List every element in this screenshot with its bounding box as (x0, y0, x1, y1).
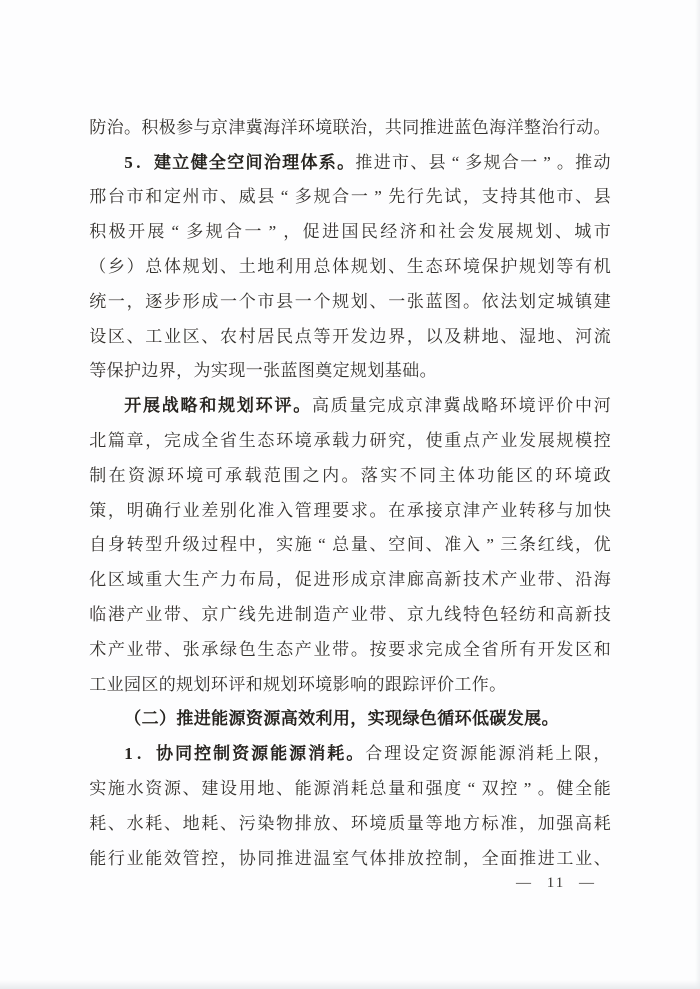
text-line: 化区域重大生产力布局，促进形成京津廊高新技术产业带、沿海 (89, 562, 611, 597)
text-line: 制在资源环境可承载范围之内。落实不同主体功能区的环境政 (89, 458, 611, 493)
text-line: 等保护边界，为实现一张蓝图奠定规划基础。 (89, 354, 611, 389)
text-line: 策，明确行业差别化准入管理要求。在承接京津产业转移与加快 (89, 493, 611, 528)
text-line: 工业园区的规划环评和规划环境影响的跟踪评价工作。 (89, 667, 611, 702)
text-line: 实施水资源、建设用地、能源消耗总量和强度“双控”。健全能 (89, 771, 611, 806)
text-line: 能行业能效管控，协同推进温室气体排放控制，全面推进工业、 (89, 841, 611, 876)
text-line: 积极开展“多规合一”，促进国民经济和社会发展规划、城市 (89, 214, 611, 249)
text-line: 1. 协同控制资源能源消耗。合理设定资源能源消耗上限， (89, 736, 611, 771)
text-line: 防治。积极参与京津冀海洋环境联治，共同推进蓝色海洋整治行动。 (89, 110, 611, 145)
text-line: 术产业带、张承绿色生态产业带。按要求完成全省所有开发区和 (89, 632, 611, 667)
text-line: 自身转型升级过程中，实施“总量、空间、准入”三条红线，优 (89, 528, 611, 563)
document-body: 防治。积极参与京津冀海洋环境联治，共同推进蓝色海洋整治行动。5. 建立健全空间治… (89, 110, 611, 876)
text-line: 统一，逐步形成一个市县一个规划、一张蓝图。依法划定城镇建 (89, 284, 611, 319)
text-line: 耗、水耗、地耗、污染物排放、环境质量等地方标准，加强高耗 (89, 806, 611, 841)
page-number: — 11 — (516, 875, 596, 892)
scan-edge-right (695, 0, 700, 989)
text-line: 临港产业带、京广线先进制造产业带、京九线特色轻纺和高新技 (89, 597, 611, 632)
text-line: （乡）总体规划、土地利用总体规划、生态环境保护规划等有机 (89, 249, 611, 284)
text-line: 5. 建立健全空间治理体系。推进市、县“多规合一”。推动 (89, 145, 611, 180)
text-line: 邢台市和定州市、威县“多规合一”先行先试，支持其他市、县 (89, 180, 611, 215)
text-line: （二）推进能源资源高效利用，实现绿色循环低碳发展。 (89, 702, 611, 737)
scan-edge-bottom (0, 980, 700, 989)
text-line: 开展战略和规划环评。高质量完成京津冀战略环境评价中河 (89, 388, 611, 423)
text-line: 设区、工业区、农村居民点等开发边界，以及耕地、湿地、河流 (89, 319, 611, 354)
text-line: 北篇章，完成全省生态环境承载力研究，使重点产业发展规模控 (89, 423, 611, 458)
document-page: 防治。积极参与京津冀海洋环境联治，共同推进蓝色海洋整治行动。5. 建立健全空间治… (0, 0, 700, 989)
